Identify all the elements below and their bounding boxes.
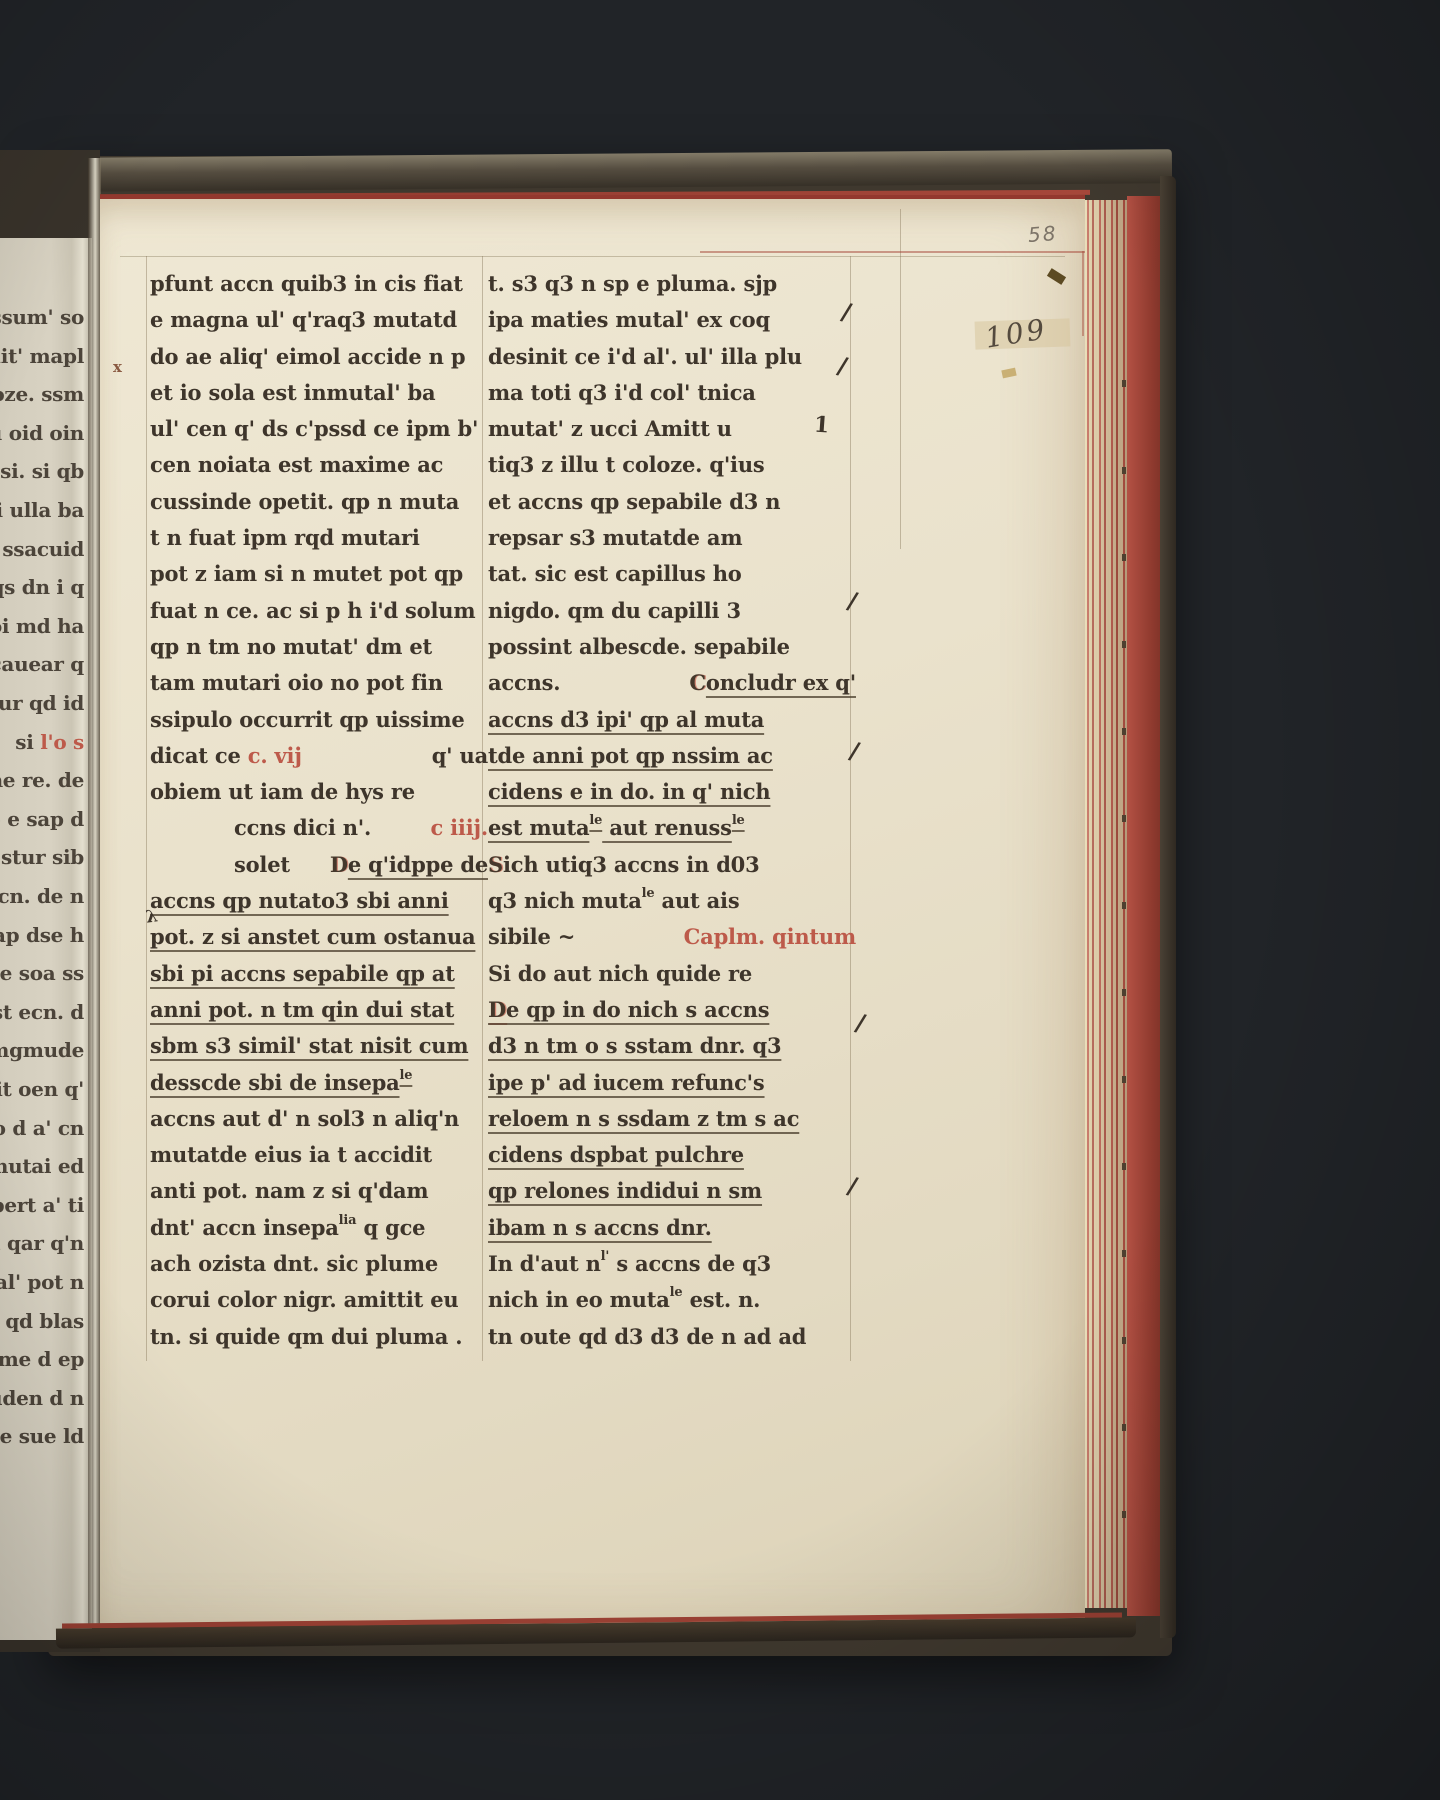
manuscript-line: accns d3 ipi' qp al muta (488, 702, 856, 738)
manuscript-line: Si do aut nich quide re (488, 956, 856, 992)
manuscript-text: Si do aut nich quide re (488, 956, 752, 992)
manuscript-text: qp relones indidui n sm (488, 1173, 762, 1209)
manuscript-line: et accns qp sepabile d3 n (488, 484, 856, 520)
manuscript-text: qpert a' ti (0, 1193, 84, 1217)
manuscript-text: uq qd blas (0, 1309, 84, 1333)
manuscript-line: tiq3 z illu t coloze. q'ius (488, 447, 856, 483)
manuscript-text: ue tu cauear q (0, 652, 84, 676)
facing-page-text-fragment: qpert a' ti (0, 1193, 84, 1217)
manuscript-text: pfunt accn quib3 in cis fiat (150, 266, 463, 302)
manuscript-text: p. co d a' cn (0, 1116, 84, 1140)
manuscript-page: pfunt accn quib3 in cis fiate magna ul' … (100, 195, 1085, 1624)
manuscript-line: ipa maties mutal' ex coq (488, 302, 856, 338)
manuscript-text: n da toze. ssm (0, 382, 84, 406)
manuscript-text: tane re. de (0, 768, 84, 792)
manuscript-line: desinit ce i'd al'. ul' illa plu (488, 339, 856, 375)
manuscript-text: ssipulo occurrit qp uissime (150, 702, 465, 738)
manuscript-line: ipe p' ad iucem refunc's (488, 1065, 856, 1101)
manuscript-line: tn. si quide qm dui pluma . (150, 1319, 488, 1355)
manuscript-text: desinit ce i'd al'. ul' illa plu (488, 339, 802, 375)
manuscript-text: pot. z si anstet cum ostanua (150, 919, 475, 955)
manuscript-text: dicat ce (150, 738, 248, 774)
manuscript-text: ssi ulla ba (0, 498, 84, 522)
manuscript-text: D (488, 992, 506, 1028)
facing-page-text-fragment: due soa ss (0, 961, 84, 985)
facing-page-text-fragment: e ad. e sue ld (0, 1424, 84, 1448)
under-page-red-edge (1082, 251, 1084, 336)
ruling-line-vertical (900, 209, 901, 549)
manuscript-line: t n fuat ipm rqd mutari (150, 520, 488, 556)
facing-page-text-fragment: ssi ulla ba (0, 498, 84, 522)
manuscript-line: ssipulo occurrit qp uissime (150, 702, 488, 738)
manuscript-text: aut ais (654, 883, 739, 919)
facing-page-text-fragment: tane re. de (0, 768, 84, 792)
manuscript-text: ba ssacuid (0, 537, 84, 561)
facing-page-text-fragment: ba ssacuid (0, 537, 84, 561)
facing-page-text-fragment: n mutai ed (0, 1154, 84, 1178)
manuscript-text: do ae aliq' eimol accide n p (150, 339, 465, 375)
manuscript-text: e ad. e sue ld (0, 1424, 84, 1448)
facing-page-text-fragment: o qp e sap d (0, 807, 84, 831)
manuscript-text: solet (234, 847, 290, 883)
manuscript-text: ssime d ep (0, 1347, 84, 1371)
manuscript-text: pot oi md ha (0, 614, 84, 638)
manuscript-text: sbi pi accns sepabile qp at (150, 956, 455, 992)
manuscript-text: nich in eo muta (488, 1282, 670, 1318)
text-column-left: pfunt accn quib3 in cis fiate magna ul' … (150, 266, 488, 1355)
manuscript-text: corui color nigr. amittit eu (150, 1282, 458, 1318)
facing-page-text-fragment: uq qd blas (0, 1309, 84, 1333)
manuscript-line: qp relones indidui n sm (488, 1173, 856, 1209)
manuscript-text: pot z iam si n mutet pot qp (150, 556, 463, 592)
manuscript-text: chicu oid oin (0, 421, 84, 445)
manuscript-text: accns. (488, 665, 568, 701)
manuscript-line: tde anni pot qp nssim ac (488, 738, 856, 774)
manuscript-text: est. n. (682, 1282, 760, 1318)
manuscript-line: qp n tm no mutat' dm et (150, 629, 488, 665)
manuscript-line: cussinde opetit. qp n muta (150, 484, 488, 520)
manuscript-line: cen noiata est maxime ac (150, 447, 488, 483)
manuscript-text: o qp stur sib (0, 845, 84, 869)
facing-page-text-fragment: pot oi md ha (0, 614, 84, 638)
facing-page-text-fragment: si l'o s (15, 730, 84, 754)
manuscript-text: tat. sic est capillus ho (488, 556, 742, 592)
manuscript-line: nigdo. qm du capilli 3 (488, 593, 856, 629)
manuscript-text: obiem ut iam de hys re (150, 774, 415, 810)
manuscript-line: tam mutari oio no pot fin (150, 665, 488, 701)
manuscript-text: t n fuat ipm rqd mutari (150, 520, 420, 556)
manuscript-text: s accns de q3 (609, 1246, 771, 1282)
manuscript-text: cen noiata est maxime ac (150, 447, 443, 483)
manuscript-text: mutatde eius ia t accidit (150, 1137, 432, 1173)
manuscript-line: accns. Concludr ex q' (488, 665, 856, 701)
manuscript-text: o qp e sap d (0, 807, 84, 831)
book-cover-right-edge (1160, 176, 1176, 1638)
manuscript-text: cussinde opetit. qp n muta (150, 484, 459, 520)
manuscript-line: reloem n s ssdam z tm s ac (488, 1101, 856, 1137)
manuscript-text: n quit' mapl (0, 344, 84, 368)
manuscript-line: fuat n ce. ac si p h i'd solum (150, 593, 488, 629)
facing-page-text-fragment: o qp stur sib (0, 845, 84, 869)
folio-number-pencil: 58 (1027, 221, 1058, 247)
facing-page-sliver: si si possum' son quit' mapln da toze. s… (0, 238, 92, 1640)
manuscript-text: tiq3 z illu t coloze. q'ius (488, 447, 765, 483)
manuscript-text: cidens dspbat pulchre (488, 1137, 744, 1173)
manuscript-text: fuat n ce. ac si p h i'd solum (150, 593, 475, 629)
manuscript-line: dnt' accn insepalia q gce (150, 1210, 488, 1246)
manuscript-line: accns aut d' n sol3 n aliq'n (150, 1101, 488, 1137)
manuscript-text: due soa ss (0, 961, 84, 985)
manuscript-text: S (488, 847, 503, 883)
dark-fleck (1047, 268, 1066, 285)
manuscript-line: cidens dspbat pulchre (488, 1137, 856, 1173)
manuscript-text: le (732, 810, 745, 832)
manuscript-line: sbi pi accns sepabile qp at (150, 956, 488, 992)
manuscript-line: do ae aliq' eimol accide n p (150, 339, 488, 375)
facing-page-text-fragment: n da toze. ssm (0, 382, 84, 406)
manuscript-line: cidens e in do. in q' nich (488, 774, 856, 810)
fore-edge-red-bulk (1127, 196, 1163, 1616)
manuscript-text: reloem n s ssdam z tm s ac (488, 1101, 799, 1137)
manuscript-text: n mutai ed (0, 1154, 84, 1178)
manuscript-text: si si possum' so (0, 305, 84, 329)
manuscript-text: le (670, 1282, 683, 1304)
manuscript-line: q3 nich mutale aut ais (488, 883, 856, 919)
manuscript-text: oncludr ex q' (706, 665, 856, 701)
ruling-line-vertical (146, 256, 147, 1361)
manuscript-text: cidens e in do. in q' nich (488, 774, 770, 810)
manuscript-text: e magna ul' q'raq3 mutatd (150, 302, 457, 338)
fore-edge-striped-pages (1085, 200, 1127, 1608)
quire-tick-marks (1122, 300, 1126, 1580)
manuscript-text: q gce (356, 1210, 425, 1246)
facing-page-text-fragment: si si possum' so (0, 305, 84, 329)
manuscript-text: et accns qp sepabile d3 n (488, 484, 780, 520)
manuscript-line: soletDe q'idppe de (150, 847, 488, 883)
rubric-text: c. vij (248, 738, 302, 774)
manuscript-text: q' ua (432, 738, 488, 774)
manuscript-line: corui color nigr. amittit eu (150, 1282, 488, 1318)
manuscript-line: In d'aut nl' s accns de q3 (488, 1246, 856, 1282)
manuscript-text: ul' cen q' ds c'pssd ce ipm b' (150, 411, 478, 447)
manuscript-text: mutat' z ucci Amitt u (488, 411, 732, 447)
manuscript-text: ich utiq3 accns in d03 (503, 847, 760, 883)
manuscript-line: pot z iam si n mutet pot qp (150, 556, 488, 592)
manuscript-text: ccns dici n'. (234, 810, 378, 846)
rubric-text: l'o s (40, 730, 84, 754)
manuscript-text: l' (601, 1246, 610, 1268)
manuscript-text: e pcn. de n (0, 884, 84, 908)
under-page-red-edge (700, 251, 1085, 253)
facing-page-text-fragment: st ecn. d (0, 1000, 84, 1024)
manuscript-text: uuden d n (0, 1386, 84, 1410)
facing-page-text-fragment: ssime d ep (0, 1347, 84, 1371)
manuscript-line: dicat ce c. vijq' ua (150, 738, 488, 774)
facing-page-text-fragment: d mgmude (0, 1038, 84, 1062)
manuscript-text: t. s3 q3 n sp e pluma. sjp (488, 266, 777, 302)
text-column-right: t. s3 q3 n sp e pluma. sjpipa maties mut… (488, 266, 856, 1355)
manuscript-text: ma toti q3 i'd col' tnica (488, 375, 756, 411)
manuscript-text: le (589, 810, 602, 832)
manuscript-text: accns qp nutato3 sbi anni (150, 883, 449, 919)
marginal-mark: λ (145, 908, 159, 926)
manuscript-text: d3 n tm o s sstam dnr. q3 (488, 1028, 781, 1064)
manuscript-text: anni pot. n tm qin dui stat (150, 992, 454, 1028)
manuscript-line: mutat' z ucci Amitt u (488, 411, 856, 447)
ruling-line-horizontal (120, 256, 1065, 257)
manuscript-line: d3 n tm o s sstam dnr. q3 (488, 1028, 856, 1064)
manuscript-text: p tossi. si qb (0, 459, 84, 483)
manuscript-text: In d'aut n (488, 1246, 601, 1282)
manuscript-line: accns qp nutato3 sbi anni (150, 883, 488, 919)
facing-page-text-fragment: p tossi. si qb (0, 459, 84, 483)
manuscript-text: o sentur qd id (0, 691, 84, 715)
manuscript-text: possint albescde. sepabile (488, 629, 790, 665)
facing-page-text-fragment: o sentur qd id (0, 691, 84, 715)
manuscript-text: tde anni pot qp nssim ac (488, 738, 773, 774)
manuscript-line: ach ozista dnt. sic plume (150, 1246, 488, 1282)
manuscript-text: d mgmude (0, 1038, 84, 1062)
manuscript-text: D (330, 847, 348, 883)
manuscript-text: repsar s3 mutatde am (488, 520, 742, 556)
manuscript-text: lia (339, 1210, 357, 1232)
facing-page-text-fragment: uuden d n (0, 1386, 84, 1410)
manuscript-line: t. s3 q3 n sp e pluma. sjp (488, 266, 856, 302)
folio-inscription-ink: 109 (983, 312, 1050, 354)
manuscript-text: a si qar q'n (0, 1231, 84, 1255)
manuscript-text: aut renuss (602, 810, 732, 846)
manuscript-text: tn oute qd d3 d3 de n ad ad (488, 1319, 806, 1355)
manuscript-text: C (689, 665, 706, 701)
manuscript-text: n sit oen q' (0, 1077, 84, 1101)
rubric-text: c iiij. (430, 810, 488, 846)
manuscript-text: st ecn. d (0, 1000, 84, 1024)
manuscript-text: sap dse h (0, 923, 84, 947)
facing-page-text-fragment: e pcn. de n (0, 884, 84, 908)
manuscript-line: anni pot. n tm qin dui stat (150, 992, 488, 1028)
manuscript-line: tat. sic est capillus ho (488, 556, 856, 592)
manuscript-text: le (400, 1065, 413, 1087)
facing-page-text-fragment: p. co d a' cn (0, 1116, 84, 1140)
manuscript-text: caual' pot n (0, 1270, 84, 1294)
rubric-text: Caplm. qintum (684, 919, 856, 955)
manuscript-line: ccns dici n'. c iiij. (150, 810, 488, 846)
facing-page-text-fragment: qsqs dn i q (0, 575, 84, 599)
manuscript-line: mutatde eius ia t accidit (150, 1137, 488, 1173)
manuscript-line: tn oute qd d3 d3 de n ad ad (488, 1319, 856, 1355)
marginal-mark: x (113, 360, 122, 375)
manuscript-text: sbm s3 simil' stat nisit cum (150, 1028, 468, 1064)
manuscript-line: ibam n s accns dnr. (488, 1210, 856, 1246)
facing-page-text-fragment: n sit oen q' (0, 1077, 84, 1101)
facing-page-text-fragment: n quit' mapl (0, 344, 84, 368)
manuscript-line: et io sola est inmutal' ba (150, 375, 488, 411)
manuscript-line: e magna ul' q'raq3 mutatd (150, 302, 488, 338)
manuscript-text: si (15, 730, 40, 754)
manuscript-text: ibam n s accns dnr. (488, 1210, 712, 1246)
manuscript-line: pfunt accn quib3 in cis fiat (150, 266, 488, 302)
manuscript-text: nigdo. qm du capilli 3 (488, 593, 741, 629)
facing-page-text-fragment: ue tu cauear q (0, 652, 84, 676)
manuscript-text: tam mutari oio no pot fin (150, 665, 443, 701)
manuscript-text: desscde sbi de insepa (150, 1065, 400, 1101)
manuscript-line: possint albescde. sepabile (488, 629, 856, 665)
manuscript-text: et io sola est inmutal' ba (150, 375, 435, 411)
manuscript-text: ach ozista dnt. sic plume (150, 1246, 438, 1282)
tan-fleck (1001, 368, 1016, 379)
manuscript-line: ul' cen q' ds c'pssd ce ipm b' (150, 411, 488, 447)
manuscript-line: anti pot. nam z si q'dam (150, 1173, 488, 1209)
manuscript-text: q3 nich muta (488, 883, 642, 919)
manuscript-text: qp n tm no mutat' dm et (150, 629, 432, 665)
manuscript-line: nich in eo mutale est. n. (488, 1282, 856, 1318)
facing-page-text-fragment: sap dse h (0, 923, 84, 947)
photo-background: si si possum' son quit' mapln da toze. s… (0, 0, 1440, 1800)
manuscript-line: obiem ut iam de hys re (150, 774, 488, 810)
manuscript-text: accns aut d' n sol3 n aliq'n (150, 1101, 459, 1137)
manuscript-line: desscde sbi de insepale (150, 1065, 488, 1101)
manuscript-line: sbm s3 simil' stat nisit cum (150, 1028, 488, 1064)
marginal-mark: 1 (813, 413, 830, 436)
manuscript-line: repsar s3 mutatde am (488, 520, 856, 556)
manuscript-line: sibile ~Caplm. qintum (488, 919, 856, 955)
manuscript-text: sibile ~ (488, 919, 575, 955)
facing-page-text-fragment: caual' pot n (0, 1270, 84, 1294)
manuscript-text: e qp in do nich s accns (506, 992, 769, 1028)
manuscript-text: est muta (488, 810, 589, 846)
manuscript-text: qsqs dn i q (0, 575, 84, 599)
manuscript-text: le (642, 883, 655, 905)
manuscript-text: ipa maties mutal' ex coq (488, 302, 770, 338)
facing-page-text-fragment: a si qar q'n (0, 1231, 84, 1255)
manuscript-text: tn. si quide qm dui pluma . (150, 1319, 462, 1355)
manuscript-text: anti pot. nam z si q'dam (150, 1173, 428, 1209)
manuscript-line: De qp in do nich s accns (488, 992, 856, 1028)
manuscript-text: ipe p' ad iucem refunc's (488, 1065, 765, 1101)
manuscript-line: pot. z si anstet cum ostanua (150, 919, 488, 955)
manuscript-line: est mutale aut renussle (488, 810, 856, 846)
manuscript-line: Sich utiq3 accns in d03 (488, 847, 856, 883)
manuscript-line: ma toti q3 i'd col' tnica (488, 375, 856, 411)
manuscript-text: e q'idppe de (348, 847, 488, 883)
manuscript-text: accns d3 ipi' qp al muta (488, 702, 764, 738)
facing-page-text-fragment: chicu oid oin (0, 421, 84, 445)
manuscript-text: dnt' accn insepa (150, 1210, 339, 1246)
